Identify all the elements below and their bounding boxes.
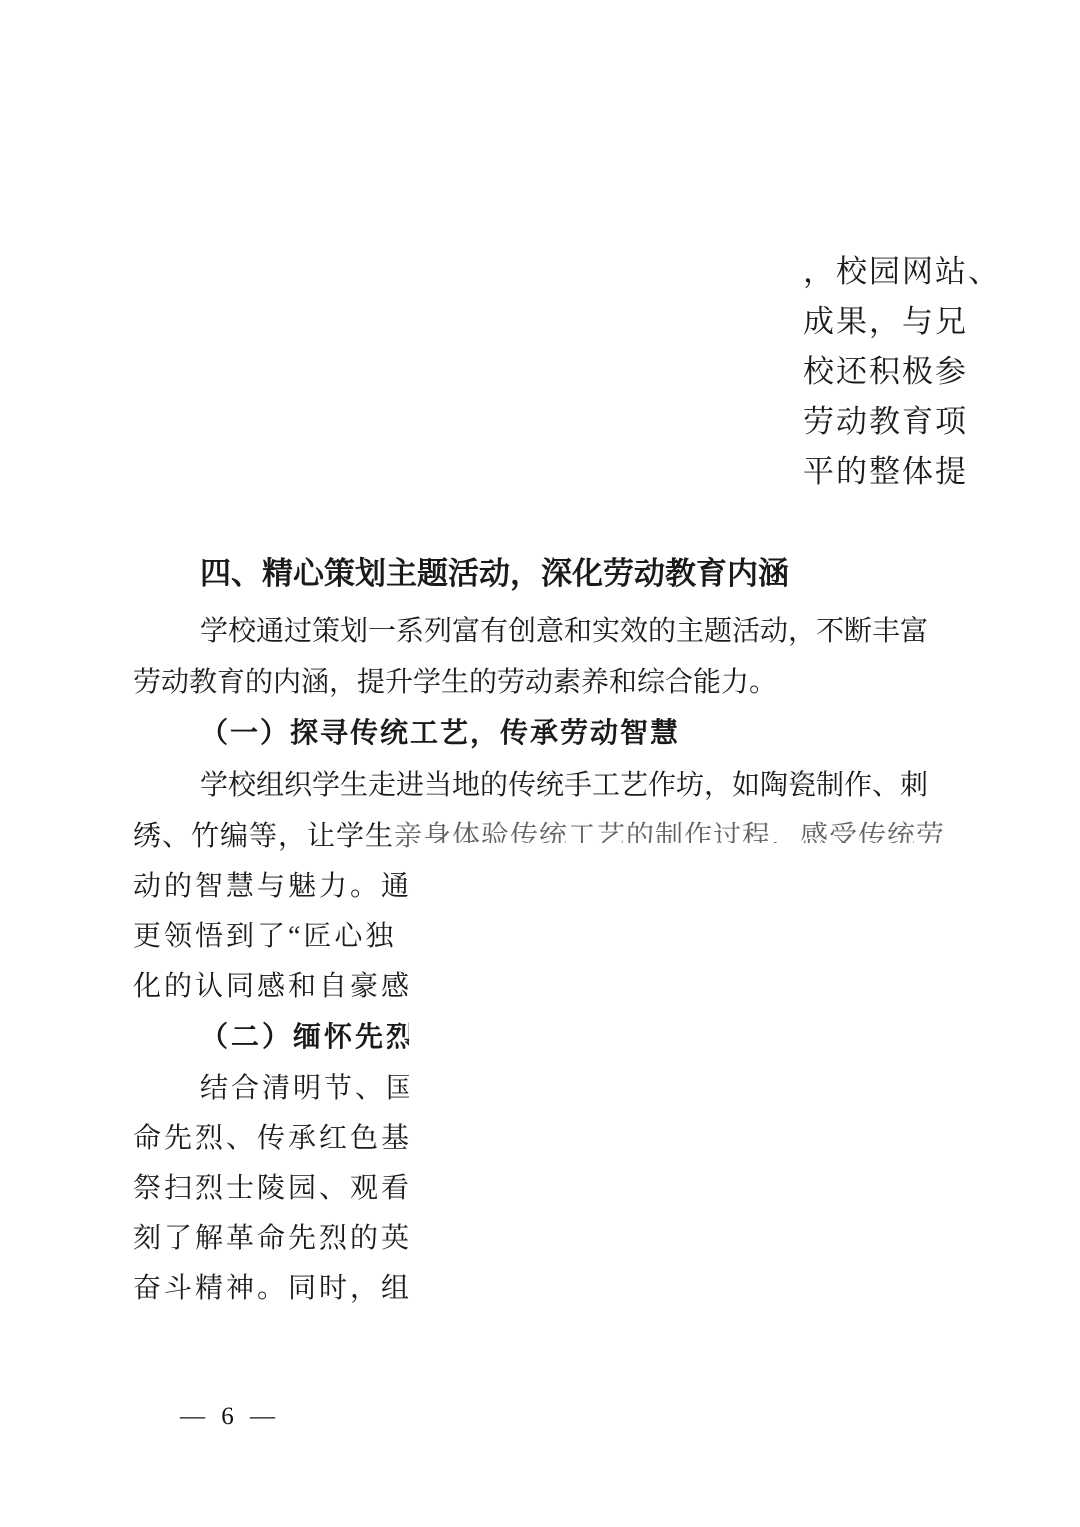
paragraph-line: 劳动教育的内涵，提升学生的劳动素养和综合能力。: [133, 665, 777, 701]
paragraph-line: 学校通过策划一系列富有创意和实效的主题活动，不断丰富: [200, 614, 928, 650]
fragment-line: 刻了解革命先烈的英: [133, 1221, 409, 1257]
scan-blank-region: [409, 843, 1080, 1333]
fragment-line: ，校园网站、: [803, 253, 1001, 303]
sub-heading-2: （二）缅怀先烈: [200, 1020, 414, 1056]
fragment-line: 化的认同感和自豪感: [133, 969, 409, 1005]
page-number: — 6 —: [180, 1403, 280, 1431]
fragment-line: 动的智慧与魅力。通: [133, 869, 409, 905]
fragment-line: 结合清明节、国: [200, 1071, 414, 1107]
paragraph-line: 学校组织学生走进当地的传统手工艺作坊，如陶瓷制作、刺: [200, 768, 928, 804]
paragraph-line-segment: 绣、竹编等，让学生: [133, 821, 394, 852]
fragment-line: 成果，与兄: [803, 303, 1001, 353]
document-page: ，校园网站、 成果，与兄 校还积极参 劳动教育项 平的整体提 四、精心策划主题活…: [0, 0, 1080, 1527]
fragment-line: 平的整体提: [803, 453, 1001, 503]
fragment-line: 校还积极参: [803, 353, 1001, 403]
section-heading: 四、精心策划主题活动，深化劳动教育内涵: [200, 556, 789, 592]
fragment-line: 命先烈、传承红色基: [133, 1121, 409, 1157]
sub-heading-1: （一）探寻传统工艺，传承劳动智慧: [200, 716, 680, 752]
fragment-line: 祭扫烈士陵园、观看: [133, 1171, 409, 1207]
fragment-line: 奋斗精神。同时，组: [133, 1271, 409, 1307]
fragment-line: 更领悟到了“匠心独: [133, 919, 409, 955]
top-right-fragment-column: ，校园网站、 成果，与兄 校还积极参 劳动教育项 平的整体提: [803, 253, 1001, 503]
fragment-line: 劳动教育项: [803, 403, 1001, 453]
